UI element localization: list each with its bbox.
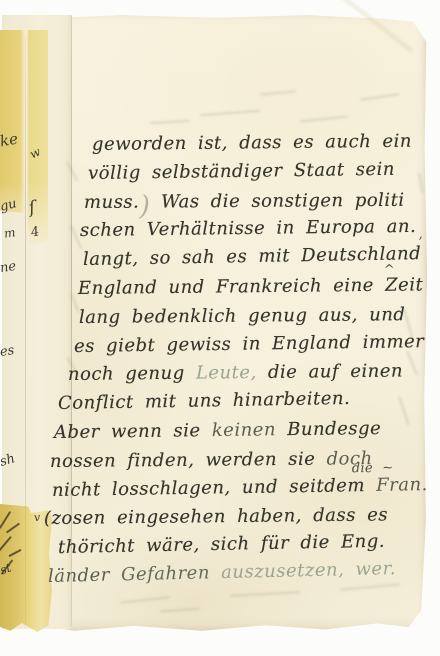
manuscript-segment: Fran. bbox=[376, 474, 428, 496]
interline-insertion: ’ bbox=[418, 236, 423, 249]
manuscript-segment: Was die sonstigen politi bbox=[150, 189, 405, 212]
manuscript-segment: schen Verhältnisse in Europa an. bbox=[80, 216, 416, 241]
manuscript-line: (zosen eingesehen haben, dass es bbox=[44, 507, 388, 529]
manuscript-line: langt, so sah es mit Deutschland’ bbox=[83, 245, 421, 269]
interline-insertion: ^ bbox=[384, 264, 395, 277]
manuscript-segment: England und Frankreich eine Zeit bbox=[78, 274, 423, 299]
manuscript-segment: völlig selbständiger Staat sein bbox=[88, 159, 395, 184]
manuscript-segment: länder bbox=[48, 564, 122, 587]
scan-background: kewguſ4mneesshvst geworden ist, dass es … bbox=[0, 0, 440, 656]
manuscript-segment: keinen bbox=[212, 419, 276, 441]
manuscript-line: es giebt gewiss in England immer bbox=[74, 333, 425, 356]
manuscript-line: lang bedenklich genug aus, und bbox=[79, 306, 406, 327]
manuscript-segment: noch genug bbox=[68, 363, 196, 385]
manuscript-line: noch genug Leute, die auf einen bbox=[68, 363, 403, 385]
manuscript-segment: nossen finden, werden sie bbox=[50, 448, 327, 471]
manuscript-line: nicht losschlagen, und seitdem Fran.die … bbox=[52, 476, 428, 500]
interline-insertion: die ~ bbox=[352, 461, 394, 475]
manuscript-line: muss.) Was die sonstigen politi bbox=[84, 191, 405, 211]
manuscript-segment: muss. bbox=[84, 191, 140, 212]
manuscript-text: geworden ist, dass es auch einvöllig sel… bbox=[0, 0, 440, 656]
manuscript-line: völlig selbständiger Staat sein bbox=[88, 161, 395, 183]
manuscript-segment: lang bedenklich genug aus, und bbox=[79, 304, 406, 328]
manuscript-line: Aber wenn sie keinen Bundesge bbox=[54, 420, 381, 442]
manuscript-line: schen Verhältnisse in Europa an. bbox=[80, 218, 416, 240]
manuscript-line: geworden ist, dass es auch ein bbox=[92, 133, 412, 154]
manuscript-line: Conflict mit uns hinarbeiten. bbox=[58, 390, 351, 413]
manuscript-segment: ) bbox=[139, 190, 150, 221]
manuscript-segment: die auf einen bbox=[257, 361, 404, 384]
manuscript-line: nossen finden, werden sie doch bbox=[50, 450, 373, 471]
manuscript-segment: nicht losschlagen, und seitdem bbox=[52, 475, 376, 501]
manuscript-segment: geworden ist, dass es auch ein bbox=[92, 131, 412, 155]
manuscript-segment: langt, so sah es mit Deutschland bbox=[83, 243, 422, 270]
manuscript-line: England und Frankreich eine Zeit^ bbox=[78, 276, 423, 298]
manuscript-line: länder Gefahren auszusetzen, wer. bbox=[48, 560, 396, 586]
manuscript-segment: Gefahren bbox=[121, 562, 222, 585]
manuscript-segment: Bundesge bbox=[276, 418, 381, 440]
manuscript-segment: thöricht wäre, sich für die Eng. bbox=[58, 531, 385, 558]
manuscript-line: thöricht wäre, sich für die Eng. bbox=[58, 533, 385, 557]
manuscript-segment: es giebt gewiss in England immer bbox=[74, 331, 425, 357]
manuscript-segment: Aber wenn sie bbox=[54, 420, 212, 443]
manuscript-segment: auszusetzen, wer. bbox=[221, 558, 396, 583]
manuscript-segment: Conflict mit uns hinarbeiten. bbox=[58, 388, 351, 414]
manuscript-segment: (zosen eingesehen haben, dass es bbox=[44, 505, 388, 530]
manuscript-segment: Leute, bbox=[196, 362, 257, 384]
